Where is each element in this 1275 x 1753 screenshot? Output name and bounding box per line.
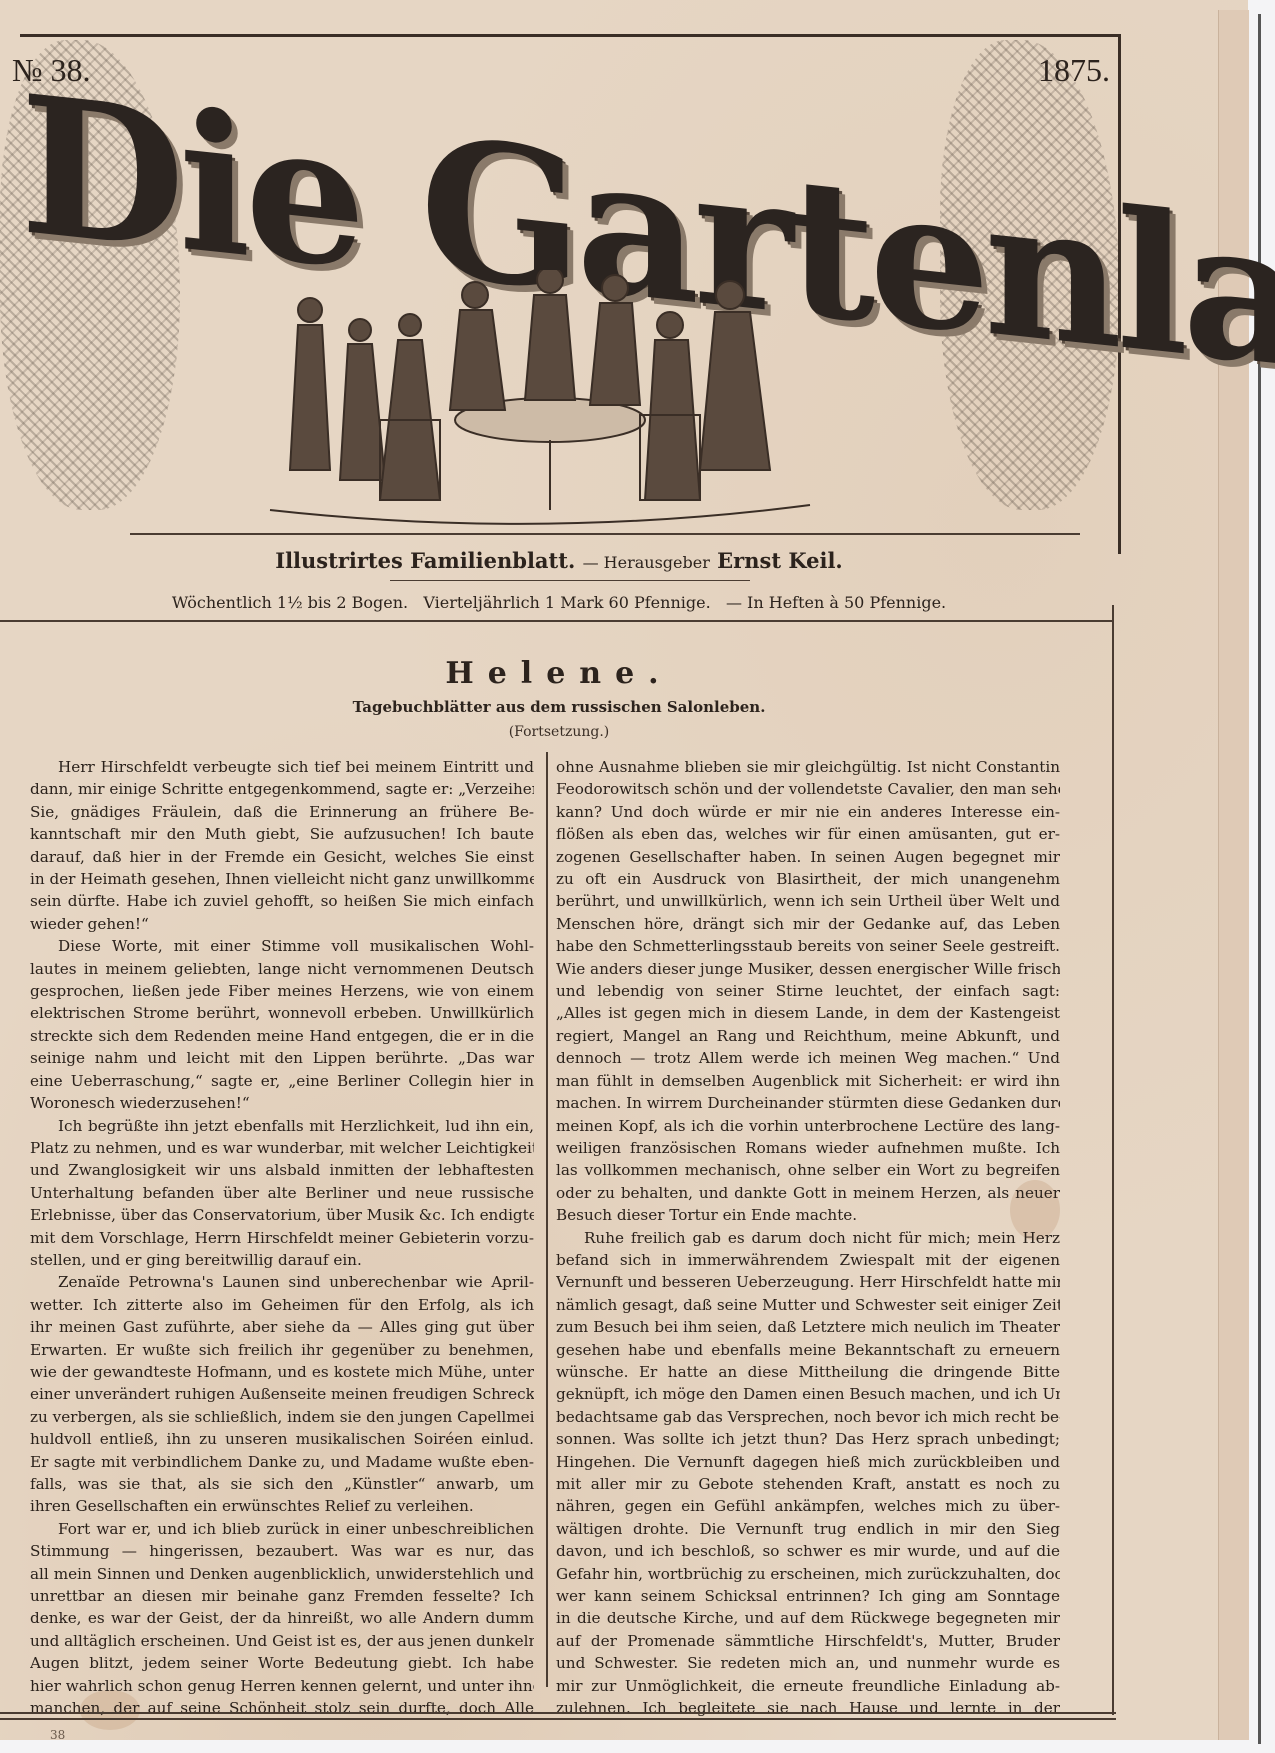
text-line: Besuch dieser Tortur ein Ende machte.: [556, 1204, 1060, 1226]
text-line: gesprochen, ließen jede Fiber meines Her…: [30, 980, 534, 1002]
text-line: „Alles ist gegen mich in diesem Lande, i…: [556, 1002, 1060, 1024]
text-line: Unterhaltung befanden über alte Berliner…: [30, 1182, 534, 1204]
pricing-weekly: Wöchentlich 1½ bis 2 Bogen.: [172, 593, 408, 612]
text-line: in der Heimath gesehen, Ihnen vielleicht…: [30, 868, 534, 890]
text-line: davon, und ich beschloß, so schwer es mi…: [556, 1540, 1060, 1562]
text-line: Woronesch wiederzusehen!“: [30, 1092, 534, 1114]
text-line: seinige nahm und leicht mit den Lippen b…: [30, 1047, 534, 1069]
text-line: in die deutsche Kirche, und auf dem Rück…: [556, 1607, 1060, 1629]
text-line: und Zwanglosigkeit wir uns alsbald inmit…: [30, 1159, 534, 1181]
text-line: Feodorowitsch schön und der vollendetste…: [556, 778, 1060, 800]
header-bottom-rule: [0, 620, 1114, 622]
text-line: zulehnen. Ich begleitete sie nach Hause …: [556, 1697, 1060, 1719]
text-line: oder zu behalten, und dankte Gott in mei…: [556, 1182, 1060, 1204]
text-line: zu verbergen, als sie schließlich, indem…: [30, 1406, 534, 1428]
pricing-issues: — In Heften à 50 Pfennige.: [726, 593, 946, 612]
text-line: regiert, Mangel an Rang und Reichthum, m…: [556, 1025, 1060, 1047]
text-line: Gefahr hin, wortbrüchig zu erscheinen, m…: [556, 1563, 1060, 1585]
text-line: ohne Ausnahme blieben sie mir gleichgült…: [556, 756, 1060, 778]
text-line: machen. In wirrem Durcheinander stürmten…: [556, 1092, 1060, 1114]
article-continuation: (Fortsetzung.): [0, 724, 1118, 740]
text-line: unrettbar an diesen mir beinahe ganz Fre…: [30, 1585, 534, 1607]
article-title: Helene.: [0, 656, 1118, 691]
text-line: auf der Promenade sämmtliche Hirschfeldt…: [556, 1630, 1060, 1652]
text-line: Diese Worte, mit einer Stimme voll musik…: [30, 935, 534, 957]
text-line: eine Ueberraschung,“ sagte er, „eine Ber…: [30, 1070, 534, 1092]
text-line: wer kann seinem Schicksal entrinnen? Ich…: [556, 1585, 1060, 1607]
text-line: berührt, und unwillkürlich, wenn ich sei…: [556, 890, 1060, 912]
publication-year: 1875.: [1038, 52, 1110, 89]
text-line: gesehen habe und ebenfalls meine Bekannt…: [556, 1339, 1060, 1361]
text-line: Sie, gnädiges Fräulein, daß die Erinneru…: [30, 801, 534, 823]
text-line: wünsche. Er hatte an diese Mittheilung d…: [556, 1361, 1060, 1383]
text-line: wetter. Ich zitterte also im Geheimen fü…: [30, 1294, 534, 1316]
pricing-line: Wöchentlich 1½ bis 2 Bogen. Vierteljährl…: [0, 593, 1118, 612]
text-line: und alltäglich erscheinen. Und Geist ist…: [30, 1630, 534, 1652]
text-line: befand sich in immerwährendem Zwiespalt …: [556, 1249, 1060, 1271]
text-line: ihren Gesellschaften ein erwünschtes Rel…: [30, 1495, 534, 1517]
text-line: Erwarten. Er wußte sich freilich ihr geg…: [30, 1339, 534, 1361]
text-line: darauf, daß hier in der Fremde ein Gesic…: [30, 846, 534, 868]
text-line: zum Besuch bei ihm seien, daß Letztere m…: [556, 1316, 1060, 1338]
text-line: einer unverändert ruhigen Außenseite mei…: [30, 1383, 534, 1405]
text-line: Erlebnisse, über das Conservatorium, übe…: [30, 1204, 534, 1226]
text-line: elektrischen Strome berührt, wonnevoll e…: [30, 1002, 534, 1024]
text-line: nähren, gegen ein Gefühl ankämpfen, welc…: [556, 1495, 1060, 1517]
text-line: las vollkommen mechanisch, ohne selber e…: [556, 1159, 1060, 1181]
text-line: zogenen Gesellschafter haben. In seinen …: [556, 846, 1060, 868]
column-divider: [546, 752, 548, 1687]
masthead-divider: [130, 533, 1080, 535]
text-line: manchen, der auf seine Schönheit stolz s…: [30, 1697, 534, 1719]
text-line: dann, mir einige Schritte entgegenkommen…: [30, 778, 534, 800]
page-frame-right: [1112, 605, 1114, 1715]
text-line: wältigen drohte. Die Vernunft trug endli…: [556, 1518, 1060, 1540]
text-line: zu oft ein Ausdruck von Blasirtheit, der…: [556, 868, 1060, 890]
text-line: huldvoll entließ, ihn zu unseren musikal…: [30, 1428, 534, 1450]
text-line: mir zur Unmöglichkeit, die erneute freun…: [556, 1675, 1060, 1697]
text-line: streckte sich dem Redenden meine Hand en…: [30, 1025, 534, 1047]
publisher-prefix: — Herausgeber: [583, 553, 710, 572]
text-line: falls, was sie that, als sie sich den „K…: [30, 1473, 534, 1495]
text-line: und lebendig von seiner Stirne leuchtet,…: [556, 980, 1060, 1002]
text-line: flößen als eben das, welches wir für ein…: [556, 823, 1060, 845]
text-line: hier wahrlich schon genug Herren kennen …: [30, 1675, 534, 1697]
newspaper-page: № 38. 1875. Die Gartenlaube.: [0, 0, 1248, 1740]
text-line: kanntschaft mir den Muth giebt, Sie aufz…: [30, 823, 534, 845]
article-column-right: ohne Ausnahme blieben sie mir gleichgült…: [556, 756, 1060, 1719]
text-line: Wie anders dieser junge Musiker, dessen …: [556, 958, 1060, 980]
text-line: Ruhe freilich gab es darum doch nicht fü…: [556, 1227, 1060, 1249]
text-line: meinen Kopf, als ich die vorhin unterbro…: [556, 1115, 1060, 1137]
text-line: geknüpft, ich möge den Damen einen Besuc…: [556, 1383, 1060, 1405]
text-line: Platz zu nehmen, und es war wunderbar, m…: [30, 1137, 534, 1159]
text-line: man fühlt in demselben Augenblick mit Si…: [556, 1070, 1060, 1092]
text-line: Vernunft und besseren Ueberzeugung. Herr…: [556, 1271, 1060, 1293]
masthead: № 38. 1875. Die Gartenlaube.: [0, 20, 1130, 530]
page-bottom-rule: [0, 1712, 1116, 1714]
article-subtitle: Tagebuchblätter aus dem russischen Salon…: [0, 698, 1118, 716]
text-line: kann? Und doch würde er mir nie ein ande…: [556, 801, 1060, 823]
text-line: sonnen. Was sollte ich jetzt thun? Das H…: [556, 1428, 1060, 1450]
text-line: Er sagte mit verbindlichem Danke zu, und…: [30, 1451, 534, 1473]
text-line: Fort war er, und ich blieb zurück in ein…: [30, 1518, 534, 1540]
text-line: ihr meinen Gast zuführte, aber siehe da …: [30, 1316, 534, 1338]
text-line: Menschen höre, drängt sich mir der Gedan…: [556, 913, 1060, 935]
text-line: Stimmung — hingerissen, bezaubert. Was w…: [30, 1540, 534, 1562]
text-line: lautes in meinem geliebten, lange nicht …: [30, 958, 534, 980]
text-line: nämlich gesagt, daß seine Mutter und Sch…: [556, 1294, 1060, 1316]
text-line: Herr Hirschfeldt verbeugte sich tief bei…: [30, 756, 534, 778]
page-number: 38: [50, 1728, 65, 1742]
page-bottom-rule: [0, 1718, 1116, 1720]
text-line: weiligen französischen Romans wieder auf…: [556, 1137, 1060, 1159]
family-illustration: [260, 270, 820, 530]
article-column-left: Herr Hirschfeldt verbeugte sich tief bei…: [30, 756, 534, 1719]
text-line: stellen, und er ging bereitwillig darauf…: [30, 1249, 534, 1271]
pricing-quarterly: Vierteljährlich 1 Mark 60 Pfennige.: [423, 593, 710, 612]
text-line: Augen blitzt, jedem seiner Worte Bedeutu…: [30, 1652, 534, 1674]
masthead-subtitle: Illustrirtes Familienblatt. — Herausgebe…: [0, 548, 1118, 573]
text-line: sein dürfte. Habe ich zuviel gehofft, so…: [30, 890, 534, 912]
masthead-frame-top: [20, 34, 1120, 37]
text-line: habe den Schmetterlingsstaub bereits von…: [556, 935, 1060, 957]
text-line: bedachtsame gab das Versprechen, noch be…: [556, 1406, 1060, 1428]
text-line: wie der gewandteste Hofmann, und es kost…: [30, 1361, 534, 1383]
text-line: Hingehen. Die Vernunft dagegen hieß mich…: [556, 1451, 1060, 1473]
text-line: wieder gehen!“: [30, 913, 534, 935]
illustration-icon: [260, 270, 820, 530]
text-line: und Schwester. Sie redeten mich an, und …: [556, 1652, 1060, 1674]
text-line: mit dem Vorschlage, Herrn Hirschfeldt me…: [30, 1227, 534, 1249]
text-line: dennoch — trotz Allem werde ich meinen W…: [556, 1047, 1060, 1069]
text-line: denke, es war der Geist, der da hinreißt…: [30, 1607, 534, 1629]
subtitle-underline: [390, 580, 750, 581]
text-line: mit aller mir zu Gebote stehenden Kraft,…: [556, 1473, 1060, 1495]
text-line: all mein Sinnen und Denken augenblicklic…: [30, 1563, 534, 1585]
text-line: Ich begrüßte ihn jetzt ebenfalls mit Her…: [30, 1115, 534, 1137]
publisher-name: Ernst Keil.: [717, 548, 843, 573]
subtitle-text: Illustrirtes Familienblatt.: [275, 548, 575, 573]
text-line: Zenaïde Petrowna's Launen sind unbereche…: [30, 1271, 534, 1293]
